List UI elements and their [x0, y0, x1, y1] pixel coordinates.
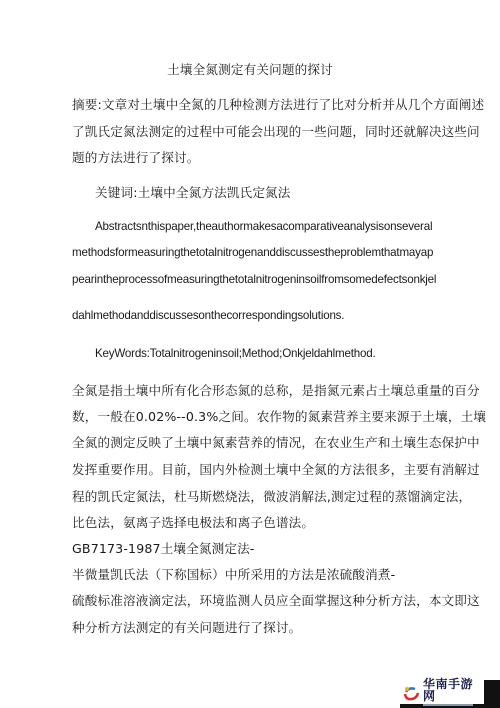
body-line: 数，一般在0.02%--0.3%之间。农作物的氮素营养主要来源于土壤，土壤 — [72, 409, 432, 425]
site-logo-icon — [402, 683, 420, 701]
body-line: 发挥重要作用。目前，国内外检测土壤中全氮的方法很多，主要有消解过 — [72, 462, 432, 478]
body-line: 半微量凯氏法（下称国标）中所采用的方法是浓硫酸消煮- — [72, 567, 432, 583]
keywords-en: KeyWords:Totalnitrogeninsoil;Method;Onkj… — [95, 346, 455, 362]
body-line: 比色法，氨离子选择电极法和离子色谱法。 — [72, 515, 432, 531]
abstract-cn-line: 摘要:文章对土壤中全氮的几种检测方法进行了比对分析并从几个方面阐述 — [72, 97, 432, 113]
abstract-en-line: methodsformeasuringthetotalnitrogenanddi… — [72, 245, 432, 261]
body-line: 全氮的测定反映了土壤中氮素营养的情况，在农业生产和土壤生态保护中 — [72, 435, 432, 451]
abstract-en-line: pearintheprocessofmeasuringthetotalnitro… — [72, 272, 432, 288]
keywords-cn: 关键词:土壤中全氮方法凯氏定氮法 — [95, 185, 455, 201]
body-line: GB7173-1987土壤全氮测定法- — [72, 541, 432, 557]
document-title: 土壤全氮测定有关问题的探讨 — [0, 62, 500, 78]
watermark-subtitle — [423, 704, 473, 706]
watermark-name: 华南手游网 — [423, 678, 484, 702]
body-line: 硫酸标准溶液滴定法，环境监测人员应全面掌握这种分析方法，本文即这 — [72, 593, 432, 609]
abstract-en-line: dahlmethodanddiscussesonthecorresponding… — [72, 308, 432, 324]
body-line: 种分析方法测定的有关问题进行了探讨。 — [72, 620, 432, 636]
body-line: 程的凯氏定氮法，杜马斯燃烧法，微波消解法,测定过程的蒸馏滴定法， — [72, 489, 432, 505]
body-line: 全氮是指土壤中所有化合形态氮的总称，是指氮元素占土壤总重量的百分 — [72, 383, 432, 399]
abstract-en-line: Abstractsnthispaper,theauthormakesacompa… — [95, 219, 455, 235]
watermark: 华南手游网 — [400, 680, 484, 704]
abstract-cn-line: 了凯氏定氮法测定的过程中可能会出现的一些问题，同时还就解决这些问 — [72, 124, 432, 140]
abstract-cn-line: 题的方法进行了探讨。 — [72, 150, 432, 166]
